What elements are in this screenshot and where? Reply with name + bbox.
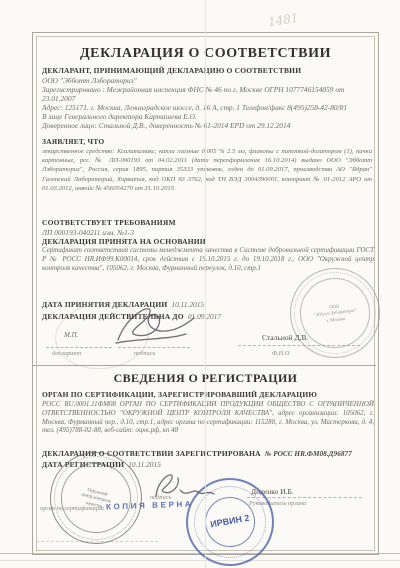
complies-value: ЛП 000193-040211 изм. №1-3 <box>42 228 372 237</box>
signature-label: подпись <box>134 350 155 357</box>
product-description: лекарственное средство: Ксалатамакс, кап… <box>42 147 372 193</box>
registration-title: СВЕДЕНИЯ О РЕГИСТРАЦИИ <box>33 371 378 386</box>
declarant-signature-line <box>46 347 112 348</box>
representative-line: В лице Генерального директора Карташева … <box>42 112 372 121</box>
declarant-address-line: Адрес: 125171, г. Москва, Ленинградское … <box>42 103 376 112</box>
declaration-title: ДЕКЛАРАЦИЯ О СООТВЕТСТВИИ <box>33 46 378 62</box>
registered-number: № РОСС HR.ФМ08.Д96877 <box>265 449 352 458</box>
handwritten-number: 1481 <box>267 11 299 30</box>
seal-mark-label: М.П. <box>64 331 78 339</box>
declarant-signature <box>112 300 198 348</box>
authority-heading: ОРГАН ПО СЕРТИФИКАЦИИ, ЗАРЕГИСТРИРОВАВШИ… <box>42 390 317 399</box>
name-label: Ф.И.О <box>272 350 289 357</box>
authority-text: РОСС RU.0001.11ФМ08 ОРГАН ПО СЕРТИФИКАЦИ… <box>42 400 374 435</box>
declares-heading: ЗАЯВЛЯЕТ, ЧТО <box>42 137 104 146</box>
section-divider <box>33 365 376 366</box>
complies-heading: СООТВЕТСТВУЕТ ТРЕБОВАНИЯМ <box>42 218 176 227</box>
scan-edge-line-faint <box>0 560 400 561</box>
declarant-registration-line: Зарегистрировано : Межрайонная инспекция… <box>42 85 372 103</box>
declarant-name: ООО "Эбботт Лэбораториз" <box>42 76 372 85</box>
basis-heading: ДЕКЛАРАЦИЯ ПРИНЯТА НА ОСНОВАНИИ <box>42 237 206 246</box>
declarant-sign-label: декларант <box>52 350 81 357</box>
attorney-line: Доверенное лицо: Стальной Д.В., доверенн… <box>42 121 372 130</box>
declarant-heading: ДЕКЛАРАНТ, ПРИНИМАЮЩИЙ ДЕКЛАРАЦИЮ О СООТ… <box>42 66 301 75</box>
